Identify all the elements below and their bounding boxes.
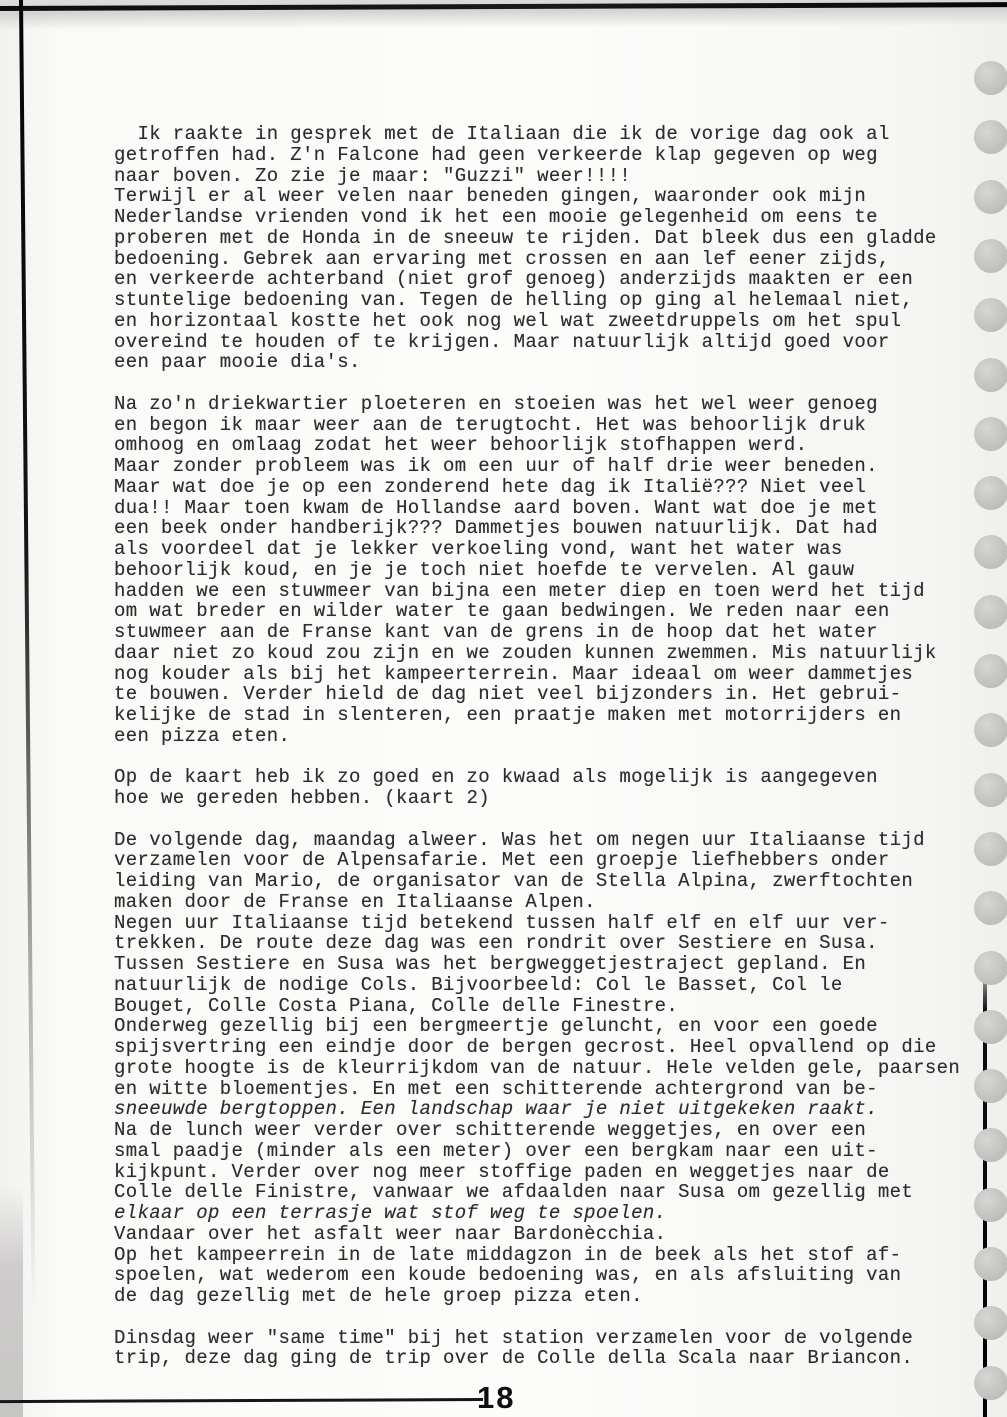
text-line: trekken. De route deze dag was een rondr… bbox=[114, 933, 998, 954]
text-line: De volgende dag, maandag alweer. Was het… bbox=[114, 830, 998, 851]
text-line: Na de lunch weer verder over schitterend… bbox=[114, 1120, 998, 1141]
binder-hole bbox=[974, 358, 1007, 392]
text-line: Tussen Sestiere en Susa was het bergwegg… bbox=[114, 954, 998, 975]
text-line: als voordeel dat je lekker verkoeling vo… bbox=[114, 539, 998, 560]
binder-hole bbox=[974, 298, 1007, 332]
binder-hole bbox=[974, 1128, 1007, 1162]
binder-hole bbox=[974, 1306, 1007, 1340]
text-line: elkaar op een terrasje wat stof weg te s… bbox=[114, 1203, 998, 1224]
text-line: kijkpunt. Verder over nog meer stoffige … bbox=[114, 1162, 998, 1183]
binder-hole bbox=[974, 1069, 1007, 1103]
text-line: een pizza eten. bbox=[114, 726, 998, 747]
binder-hole bbox=[974, 180, 1007, 214]
text-line: Vandaar over het asfalt weer naar Bardon… bbox=[114, 1224, 998, 1245]
scan-edge-left-line bbox=[19, 0, 36, 1310]
binder-hole bbox=[974, 832, 1007, 866]
binder-hole bbox=[974, 120, 1007, 154]
binder-hole bbox=[974, 1247, 1007, 1281]
text-line: en horizontaal kostte het ook nog wel wa… bbox=[114, 311, 998, 332]
text-line: maken door de Franse en Italiaanse Alpen… bbox=[114, 892, 998, 913]
text-line: Dinsdag weer "same time" bij het station… bbox=[114, 1328, 998, 1349]
text-line: Nederlandse vrienden vond ik het een moo… bbox=[114, 207, 998, 228]
binder-hole bbox=[974, 654, 1007, 688]
text-line: te bouwen. Verder hield de dag niet veel… bbox=[114, 684, 998, 705]
binder-hole bbox=[974, 891, 1007, 925]
typewritten-text: Ik raakte in gesprek met de Italiaan die… bbox=[114, 124, 998, 1369]
binder-hole bbox=[974, 417, 1007, 451]
scan-edge-left-shadow bbox=[0, 1185, 23, 1417]
text-line: een paar mooie dia's. bbox=[114, 352, 998, 373]
text-line: getroffen had. Z'n Falcone had geen verk… bbox=[114, 145, 998, 166]
text-line: verzamelen voor de Alpensafarie. Met een… bbox=[114, 850, 998, 871]
text-line: spijsvertring een eindje door de bergen … bbox=[114, 1037, 998, 1058]
binder-hole bbox=[974, 61, 1007, 95]
text-line: spoelen, wat wederom een koude bedoening… bbox=[114, 1265, 998, 1286]
text-line: Ik raakte in gesprek met de Italiaan die… bbox=[114, 124, 998, 145]
text-line: stuwmeer aan de Franse kant van de grens… bbox=[114, 622, 998, 643]
text-line: proberen met de Honda in de sneeuw te ri… bbox=[114, 228, 998, 249]
text-line: daar niet zo koud zou zijn en we zouden … bbox=[114, 643, 998, 664]
text-line: kelijke de stad in slenteren, een praatj… bbox=[114, 705, 998, 726]
text-line: grote hoogte is de kleurrijkdom van de n… bbox=[114, 1058, 998, 1079]
text-line: Onderweg gezellig bij een bergmeertje ge… bbox=[114, 1016, 998, 1037]
text-line: en verkeerde achterband (niet grof genoe… bbox=[114, 269, 998, 290]
binder-hole bbox=[974, 595, 1007, 629]
binder-hole bbox=[974, 1010, 1007, 1044]
text-line: trip, deze dag ging de trip over de Coll… bbox=[114, 1348, 998, 1369]
binder-hole bbox=[974, 239, 1007, 273]
text-line: Maar zonder probleem was ik om een uur o… bbox=[114, 456, 998, 477]
text-line: stuntelige bedoening van. Tegen de helli… bbox=[114, 290, 998, 311]
binder-hole bbox=[974, 773, 1007, 807]
text-line: een beek onder handberijk??? Dammetjes b… bbox=[114, 518, 998, 539]
binder-hole bbox=[974, 1188, 1007, 1222]
text-line: smal paadje (minder als een meter) over … bbox=[114, 1141, 998, 1162]
binder-hole bbox=[974, 713, 1007, 747]
text-line: Op het kampeerrein in de late middagzon … bbox=[114, 1245, 998, 1266]
text-line: bedoening. Gebrek aan ervaring met cross… bbox=[114, 249, 998, 270]
binder-hole bbox=[974, 476, 1007, 510]
text-line: natuurlijk de nodige Cols. Bijvoorbeeld:… bbox=[114, 975, 998, 996]
paragraph: Op de kaart heb ik zo goed en zo kwaad a… bbox=[114, 767, 998, 809]
text-line: Colle delle Finistre, vanwaar we afdaald… bbox=[114, 1182, 998, 1203]
binder-hole bbox=[974, 1366, 1007, 1400]
paragraph: Dinsdag weer "same time" bij het station… bbox=[114, 1328, 998, 1370]
text-line: dua!! Maar toen kwam de Hollandse aard b… bbox=[114, 498, 998, 519]
text-line: en begon ik maar weer aan de terugtocht.… bbox=[114, 415, 998, 436]
text-line: nog kouder als bij het kampeerterrein. M… bbox=[114, 664, 998, 685]
paragraph: De volgende dag, maandag alweer. Was het… bbox=[114, 830, 998, 1307]
text-line: Bouget, Colle Costa Piana, Colle delle F… bbox=[114, 996, 998, 1017]
text-line: overeind te houden of te krijgen. Maar n… bbox=[114, 332, 998, 353]
text-line: Terwijl er al weer velen naar beneden gi… bbox=[114, 186, 998, 207]
text-line: en witte bloementjes. En met een schitte… bbox=[114, 1079, 998, 1100]
paragraph: Na zo'n driekwartier ploeteren en stoeie… bbox=[114, 394, 998, 747]
text-line: omhoog en omlaag zodat het weer behoorli… bbox=[114, 435, 998, 456]
text-line: hadden we een stuwmeer van bijna een met… bbox=[114, 581, 998, 602]
text-line: Negen uur Italiaanse tijd betekend tusse… bbox=[114, 913, 998, 934]
text-line: leiding van Mario, de organisator van de… bbox=[114, 871, 998, 892]
text-line: naar boven. Zo zie je maar: "Guzzi" weer… bbox=[114, 166, 998, 187]
text-line: om wat breder en wilder water te gaan be… bbox=[114, 601, 998, 622]
text-line: de dag gezellig met de hele groep pizza … bbox=[114, 1286, 998, 1307]
scanned-page: Ik raakte in gesprek met de Italiaan die… bbox=[0, 0, 1007, 1417]
text-line: hoe we gereden hebben. (kaart 2) bbox=[114, 788, 998, 809]
text-line: Op de kaart heb ik zo goed en zo kwaad a… bbox=[114, 767, 998, 788]
binder-hole bbox=[974, 951, 1007, 985]
text-line: sneeuwde bergtoppen. Een landschap waar … bbox=[114, 1099, 998, 1120]
paragraph: Ik raakte in gesprek met de Italiaan die… bbox=[114, 124, 998, 373]
page-number: 18 bbox=[477, 1380, 515, 1416]
text-line: Maar wat doe je op een zonderend hete da… bbox=[114, 477, 998, 498]
text-line: Na zo'n driekwartier ploeteren en stoeie… bbox=[114, 394, 998, 415]
text-line: behoorlijk koud, en je je toch niet hoef… bbox=[114, 560, 998, 581]
binder-hole bbox=[974, 535, 1007, 569]
footer-rule bbox=[0, 1398, 483, 1403]
